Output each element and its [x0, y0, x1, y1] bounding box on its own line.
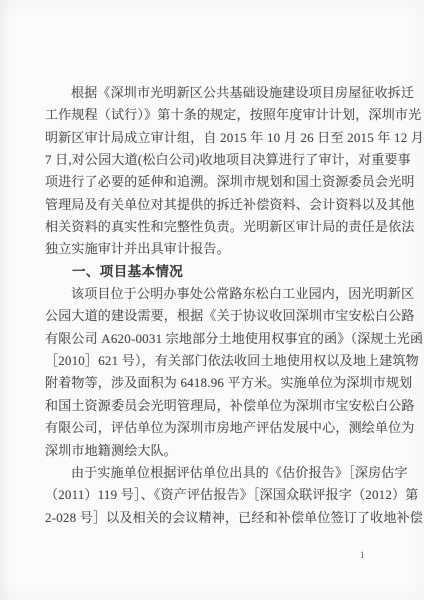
paragraph-line: 明新区审计局成立审计组，自 2015 年 10 月 26 日至 2015 年 1… — [45, 127, 395, 149]
paragraph-line: 有限公司，评估单位为深圳市房地产评估发展中心，测绘单位为 — [45, 417, 395, 439]
paragraph-line: ［2010］621 号），有关部门依法收回土地使用权以及地上建筑物 — [45, 350, 395, 372]
paragraph-line: 独立实施审计并出具审计报告。 — [45, 238, 395, 260]
paragraph-line: 公园大道的建设需要，根据《关于协议收回深圳市宝安松白公路 — [45, 305, 395, 327]
document-body: 根据《深圳市光明新区公共基础设施建设项目房屋征收拆迁 工作规程（试行）》第十条的… — [45, 82, 395, 529]
paragraph-line: 2-028 号］以及相关的会议精神，已经和补偿单位签订了收地补偿 — [45, 507, 395, 529]
paragraph-line: 附着物等，涉及面积为 6418.96 平方米。实施单位为深圳市规划 — [45, 372, 395, 394]
paragraph-line: 和国土资源委员会光明管理局，补偿单位为深圳市宝安松白公路 — [45, 395, 395, 417]
paragraph-line: 项进行了必要的延伸和追溯。深圳市规划和国土资源委员会光明 — [45, 171, 395, 193]
paragraph-line: 由于实施单位根据评估单位出具的《估价报告》［深房估字 — [45, 462, 395, 484]
paragraph-line: 根据《深圳市光明新区公共基础设施建设项目房屋征收拆迁 — [45, 82, 395, 104]
paragraph-line: 该项目位于公明办事处公常路东松白工业园内，因光明新区 — [45, 283, 395, 305]
paragraph-line: 工作规程（试行）》第十条的规定，按照年度审计计划，深圳市光 — [45, 104, 395, 126]
paragraph-line: 7 日,对公园大道(松白公司)收地项目决算进行了审计，对重要事 — [45, 149, 395, 171]
paragraph-line: 管理局及有关单位对其提供的拆迁补偿资料、会计资料以及其他 — [45, 194, 395, 216]
document-page: 根据《深圳市光明新区公共基础设施建设项目房屋征收拆迁 工作规程（试行）》第十条的… — [0, 0, 424, 600]
page-number: 1 — [360, 550, 365, 560]
paragraph-line: 有限公司 A620-0031 宗地部分土地使用权事宜的函》（深规土光函 — [45, 328, 395, 350]
scan-edge-shadow — [0, 0, 10, 600]
paragraph-line: （2011）119 号］、《资产评估报告》［深国众联评报字（2012）第 — [45, 484, 395, 506]
paragraph-line: 深圳市地籍测绘大队。 — [45, 440, 395, 462]
paragraph-line: 相关资料的真实性和完整性负责。光明新区审计局的责任是依法 — [45, 216, 395, 238]
section-heading: 一、项目基本情况 — [45, 261, 395, 283]
